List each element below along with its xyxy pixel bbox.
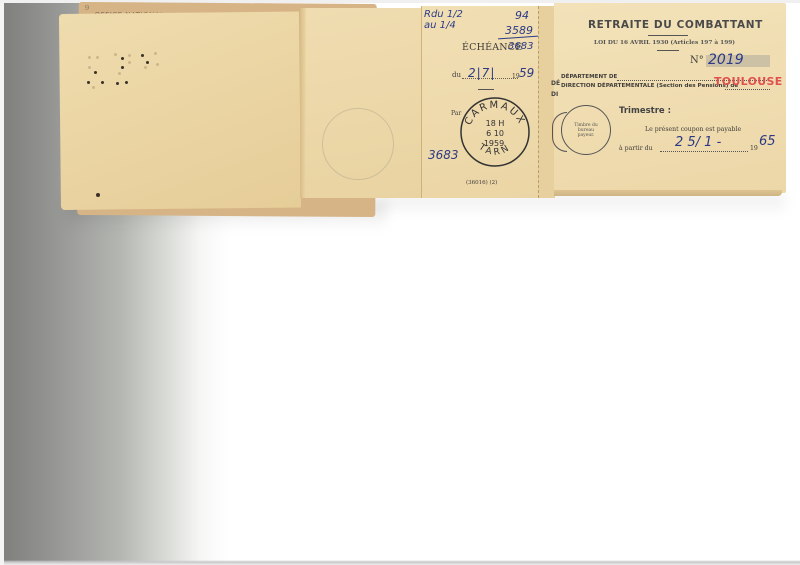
department-label: DÉPARTEMENT DE bbox=[561, 74, 617, 80]
payer-stamp-text: Timbre du bureau payeur. bbox=[571, 123, 601, 138]
direction-label: DIRECTION DÉPARTEMENTALE (Section des Pe… bbox=[561, 83, 738, 89]
back-card-corner-mark: 9 bbox=[85, 4, 90, 12]
payable-date: 2 5/ 1 - bbox=[675, 135, 721, 150]
binding-hole bbox=[96, 193, 100, 197]
payer-stamp-circle: Timbre du bureau payeur. bbox=[561, 105, 611, 155]
law-reference: LOI DU 16 AVRIL 1930 (Articles 197 à 199… bbox=[594, 40, 735, 46]
coupon-page bbox=[554, 3, 786, 193]
coupon-title: RETRAITE DU COMBATTANT bbox=[588, 19, 763, 31]
handwritten-number-2: 3589 bbox=[505, 24, 533, 37]
number-label: N° bbox=[690, 55, 704, 66]
due-date: 2|7| bbox=[468, 66, 495, 80]
handwritten-number-1: 94 bbox=[515, 9, 529, 22]
perforated-tear-strip bbox=[538, 6, 555, 198]
payable-year: 65 bbox=[759, 134, 776, 149]
svg-text:6 10: 6 10 bbox=[486, 129, 504, 138]
due-year: 59 bbox=[519, 66, 534, 80]
direction-line bbox=[725, 89, 770, 90]
payable-year-prefix: 19 bbox=[750, 145, 758, 152]
postmark-stamp-icon: CARMAUX TARN 18 H 6 10 1959 bbox=[459, 96, 531, 168]
coupon-stack-edge bbox=[554, 190, 782, 196]
handwritten-note: Rdu 1/2 au 1/4 bbox=[424, 9, 463, 31]
svg-text:18 H: 18 H bbox=[486, 119, 505, 128]
insee-code: (36016) (2) bbox=[466, 180, 497, 186]
title-underline bbox=[648, 35, 688, 36]
svg-text:1959: 1959 bbox=[484, 139, 504, 148]
faded-postmark bbox=[322, 108, 394, 180]
side-label-di: DI bbox=[551, 91, 558, 98]
booklet-cover-page bbox=[59, 11, 301, 210]
toulouse-stamp: TOULOUSE bbox=[714, 75, 783, 88]
from-label: à partir du bbox=[619, 145, 653, 152]
du-label: du bbox=[452, 71, 461, 79]
booklet-shadow-right bbox=[380, 195, 785, 215]
side-label-de: DÉ bbox=[551, 80, 560, 87]
coupon-number: 2019 bbox=[708, 52, 744, 68]
trimestre-label: Trimestre : bbox=[619, 106, 671, 116]
payable-text: Le présent coupon est payable bbox=[645, 126, 741, 133]
rule-line bbox=[478, 89, 494, 90]
perforation-holes bbox=[86, 48, 176, 88]
echeance-overwrite: 3683 bbox=[508, 41, 533, 52]
scan-edge-left bbox=[0, 0, 4, 565]
handwritten-reference: 3683 bbox=[428, 148, 459, 162]
payable-date-line bbox=[660, 151, 748, 152]
law-underline bbox=[657, 50, 679, 51]
